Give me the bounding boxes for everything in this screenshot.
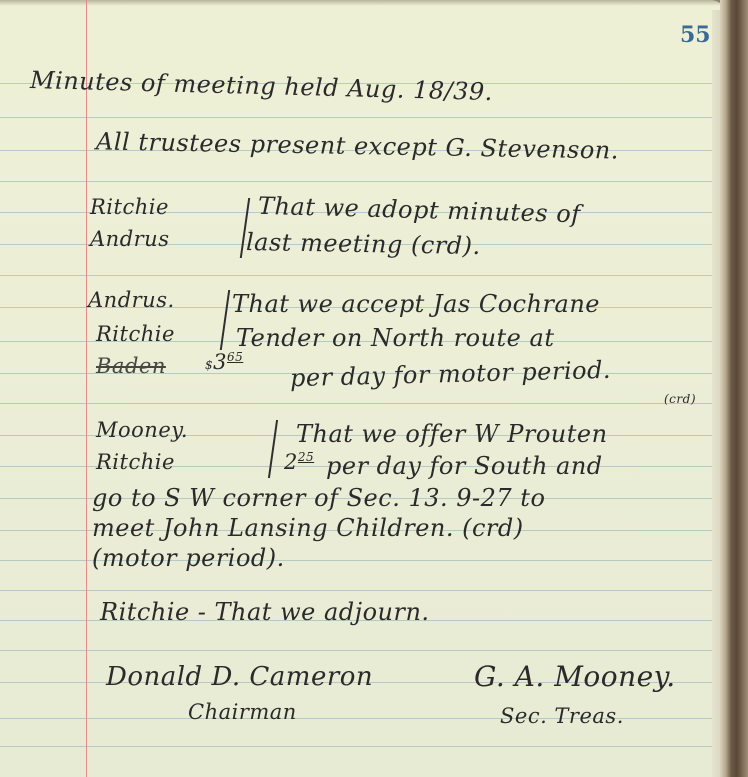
ruled-line xyxy=(0,650,712,651)
amount-dollars: 2 xyxy=(284,450,298,474)
motion-3-divider xyxy=(268,420,278,478)
adjourn-motion: Ritchie - That we adjourn. xyxy=(100,598,430,626)
motion-2-line-1: That we accept Jas Cochrane xyxy=(232,290,600,318)
chairman-signature: Donald D. Cameron xyxy=(106,662,373,692)
secretary-signature: G. A. Mooney. xyxy=(474,660,676,693)
page-top-shadow xyxy=(0,0,728,6)
ruled-line xyxy=(0,275,712,276)
amount-dollars: 3 xyxy=(213,350,227,374)
dollar-sign: $ xyxy=(205,358,213,372)
minutes-heading: Minutes of meeting held Aug. 18/39. xyxy=(30,66,493,106)
motion-2-amount: $365 xyxy=(205,350,243,374)
motion-1-line-1: That we adopt minutes of xyxy=(258,192,581,228)
motion-3-line-2: per day for South and xyxy=(326,452,603,480)
amount-cents: 65 xyxy=(227,350,243,364)
red-margin-line xyxy=(86,0,87,777)
motion-3-line-4: meet John Lansing Children. (crd) xyxy=(92,514,524,542)
secretary-title: Sec. Treas. xyxy=(500,704,624,728)
motion-2-seconder: Ritchie xyxy=(96,322,175,346)
ledger-page: 55 Minutes of meeting held Aug. 18/39. A… xyxy=(0,0,728,777)
chairman-title: Chairman xyxy=(188,700,297,724)
ruled-line xyxy=(0,590,712,591)
ruled-line xyxy=(0,746,712,747)
motion-3-line-3: go to S W corner of Sec. 13. 9-27 to xyxy=(92,484,545,512)
amount-cents: 25 xyxy=(298,450,314,464)
motion-2-carried: (crd) xyxy=(664,392,696,406)
motion-3-line-5: (motor period). xyxy=(92,544,285,572)
motion-2-line-3: per day for motor period. xyxy=(290,356,612,392)
ruled-line xyxy=(0,403,712,404)
motion-2-struck-name: Baden xyxy=(96,354,166,378)
attendance-line: All trustees present except G. Stevenson… xyxy=(96,127,619,164)
page-number: 55 xyxy=(680,22,711,48)
motion-1-mover: Ritchie xyxy=(90,195,169,219)
motion-3-line-1: That we offer W Prouten xyxy=(296,420,608,448)
motion-1-line-2: last meeting (crd). xyxy=(246,228,481,260)
book-binding xyxy=(720,0,748,777)
motion-3-seconder: Ritchie xyxy=(96,450,175,474)
motion-2-line-2: Tender on North route at xyxy=(236,324,554,352)
ruled-line xyxy=(0,117,712,118)
motion-2-mover: Andrus. xyxy=(88,288,175,312)
motion-3-mover: Mooney. xyxy=(96,418,188,442)
motion-3-amount: 225 xyxy=(284,450,314,474)
motion-1-seconder: Andrus xyxy=(90,227,169,251)
ruled-line xyxy=(0,181,712,182)
